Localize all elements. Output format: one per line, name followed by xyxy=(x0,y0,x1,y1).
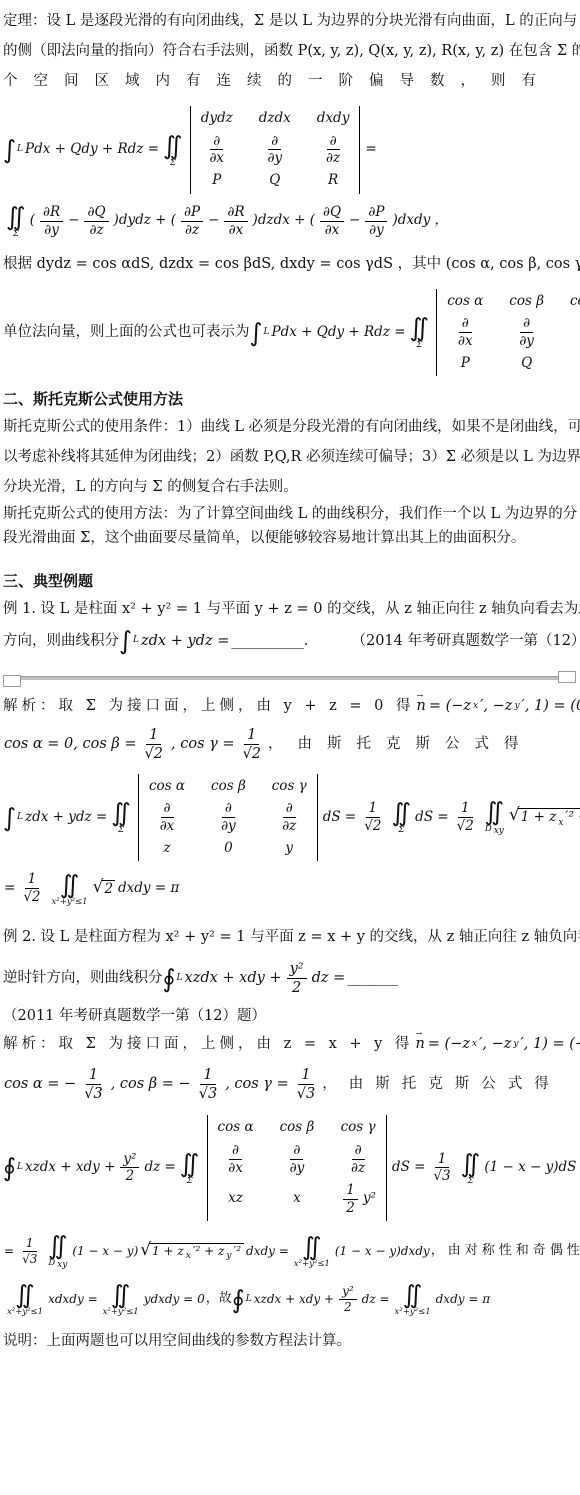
exam-source: （2014 年考研真题数学一第（12）题） xyxy=(351,632,580,651)
math-run: − xyxy=(349,212,360,230)
fraction-numerator: ∂ xyxy=(327,133,340,151)
math-run: , cos γ = xyxy=(171,735,235,754)
subscript: y xyxy=(226,1251,231,1261)
integral-limit: L xyxy=(17,1163,23,1172)
fraction: 1√2 xyxy=(239,726,265,763)
fraction-numerator: ∂Q xyxy=(84,204,108,222)
math-run: = (−z xyxy=(429,697,471,716)
page-break-right-tab xyxy=(558,671,576,683)
math-run: dz = xyxy=(144,1159,175,1177)
partial-derivative: ∂P∂y xyxy=(364,204,388,239)
fraction-numerator: ∂P xyxy=(181,204,203,222)
math-run: zdx + ydz = xyxy=(141,632,229,651)
determinant-cell: Q xyxy=(269,172,280,190)
fraction: 1√3 xyxy=(429,1151,454,1186)
double-integral: ∬ Dxy xyxy=(484,799,505,837)
fraction-numerator: ∂ xyxy=(290,1142,303,1160)
determinant-cell: P xyxy=(212,172,221,190)
usage-line-4: 斯托克斯公式的使用方法：为了计算空间曲线 L 的曲线积分，我们作一个以 L 为边… xyxy=(3,502,576,526)
math-run: ′² + z xyxy=(565,809,580,825)
fraction: y²2 xyxy=(119,1151,140,1186)
math-run: dz = xyxy=(362,1292,390,1308)
double-integral-symbol: ∬ xyxy=(461,1151,481,1176)
determinant-cell: cos γ xyxy=(570,293,580,311)
fraction-denominator: ∂z xyxy=(86,222,106,239)
partial-derivative: ∂∂x xyxy=(156,800,179,835)
math-run: , cos β = − xyxy=(111,1075,191,1094)
math-run: dxdy = π xyxy=(436,1292,490,1308)
double-integral-symbol: ∬ xyxy=(163,133,183,158)
integral-limit: L xyxy=(133,636,139,645)
fraction-denominator: ∂x xyxy=(206,150,227,167)
text-run: ，由对称性和奇偶性得 xyxy=(431,1243,580,1260)
fraction-denominator: √2 xyxy=(142,745,166,763)
determinant: cos α cos β cos γ ∂∂x ∂∂y ∂∂z P Q R xyxy=(436,289,580,377)
math-run: ′, 1) = (−1, −1, 1) ， xyxy=(520,1035,580,1054)
integral-symbol: ∫ xyxy=(119,628,132,653)
fraction-denominator: √3 xyxy=(81,1085,105,1103)
fraction-denominator: 2 xyxy=(123,1168,138,1185)
math-run: (1 − x − y) xyxy=(72,1244,138,1260)
determinant-cell: dxdy xyxy=(317,110,350,128)
example-2-statement-line-1: 例 2. 设 L 是柱面方程为 x² + y² = 1 与平面 z = x + … xyxy=(3,922,576,952)
fraction-numerator: ∂R xyxy=(40,204,63,222)
text-run: 解析：取 Σ 为接口面，上侧，由 y + z = 0 得 xyxy=(3,697,414,716)
fraction-denominator: ∂z xyxy=(279,818,299,835)
math-run: ′, −z xyxy=(479,1035,511,1054)
fraction-numerator: ∂ xyxy=(222,800,235,818)
fraction-denominator: ∂z xyxy=(348,1160,368,1177)
double-integral: ∬ Σ xyxy=(6,204,26,239)
double-integral-symbol: ∬ xyxy=(403,1282,423,1307)
answer-blank: _______ xyxy=(347,969,398,988)
curl-expansion-formula: ∬ Σ ( ∂R∂y − ∂Q∂z )dydz + ( ∂P∂z − ∂R∂x … xyxy=(3,204,576,239)
fraction-numerator: ∂ xyxy=(459,315,472,333)
radical-content: 1 + zx′² + zy′² xyxy=(149,1243,244,1261)
page-break-line xyxy=(3,676,576,680)
partial-derivative: ∂Q∂x xyxy=(319,204,345,239)
double-integral: ∬ x²+y²≤1 xyxy=(293,1234,331,1269)
example-1-cosine-line: cos α = 0, cos β = 1√2 , cos γ = 1√2 ，由斯… xyxy=(3,726,576,763)
determinant-cell: xz xyxy=(228,1190,243,1208)
fraction-numerator: 1 xyxy=(343,1182,358,1200)
determinant-cell: x xyxy=(293,1190,301,1208)
integral-limit: L xyxy=(17,813,23,822)
math-run: 1 + z xyxy=(152,1244,184,1258)
partial-derivative: ∂∂y xyxy=(217,800,240,835)
fraction-denominator: ∂x xyxy=(226,222,247,239)
double-integral-limit: Dxy xyxy=(484,825,505,837)
math-run: dS = xyxy=(415,809,449,827)
integral-symbol: ∫ xyxy=(3,137,16,162)
closing-note: 说明：上面两题也可以用空间曲线的参数方程法计算。 xyxy=(3,1329,576,1353)
math-run: − xyxy=(68,212,79,230)
usage-paragraph: 斯托克斯公式的使用条件：1）曲线 L 必须是分段光滑的有向闭曲线，如果不是闭曲线… xyxy=(3,412,576,550)
fraction-numerator: 1 xyxy=(86,1066,101,1085)
radical: √ 1 + zx′² + zy′² xyxy=(140,1242,244,1261)
fraction-numerator: y² xyxy=(339,1284,357,1300)
math-run: cos α = 0, cos β = xyxy=(4,735,137,754)
text-run: 解析：取 Σ 为接口面，上侧，由 z = x + y 得 xyxy=(3,1035,413,1054)
fraction-denominator: √3 xyxy=(19,1252,40,1267)
integral-symbol: ∫ xyxy=(3,805,16,830)
fraction-numerator: ∂ xyxy=(268,133,281,151)
determinant-cell: cos γ xyxy=(341,1119,376,1137)
example-2-statement-line-2: 逆时针方向，则曲线积分 ∮L xzdx + xdy + y²2 dz = ___… xyxy=(3,960,576,997)
example-2-cosine-line: cos α = − 1√3 , cos β = − 1√3 , cos γ = … xyxy=(3,1066,576,1103)
math-run: xzdx + xdy + xyxy=(185,969,282,988)
example-2-continuation-line-2: ∬ x²+y²≤1 xdxdy = ∬ x²+y²≤1 ydxdy = 0 ，故… xyxy=(3,1282,576,1317)
determinant-cell: dzdx xyxy=(259,110,291,128)
math-run: = xyxy=(365,141,376,159)
fraction-numerator: 1 xyxy=(366,800,381,818)
math-run: )dydz + ( xyxy=(114,212,176,230)
usage-line-2: 以考虑补线将其延伸为闭曲线；2）函数 P,Q,R 必须连续可偏导；3）Σ 必须是… xyxy=(3,442,576,472)
fraction-denominator: ∂y xyxy=(287,1160,308,1177)
page-break xyxy=(3,667,576,691)
fraction: y²2 xyxy=(286,960,308,997)
subscript: x xyxy=(473,702,478,711)
determinant-cell: P xyxy=(461,355,470,373)
partial-derivative: ∂R∂x xyxy=(223,204,248,239)
partial-derivative: ∂∂z xyxy=(347,1142,369,1177)
fraction-denominator: √3 xyxy=(294,1085,318,1103)
integral-limit: L xyxy=(246,1295,252,1304)
fraction-denominator: √2 xyxy=(361,818,384,835)
fraction: 1√3 xyxy=(18,1236,41,1267)
partial-derivative: ∂∂z xyxy=(576,315,580,350)
fraction-denominator: ∂x xyxy=(225,1160,246,1177)
determinant-cell: dydz xyxy=(201,110,233,128)
fraction: 1√3 xyxy=(293,1066,319,1103)
math-run: Pdx + Qdy + Rdz = xyxy=(272,324,406,342)
example-1-statement-line-1: 例 1. 设 L 是柱面 x² + y² = 1 与平面 y + z = 0 的… xyxy=(3,594,576,624)
direction-cosine-line: 根据 dydz = cos αdS, dzdx = cos βdS, dxdy … xyxy=(3,249,576,279)
math-run: dxdy = π xyxy=(118,880,179,898)
fraction-denominator: ∂z xyxy=(182,222,202,239)
fraction: 1√2 xyxy=(360,800,385,835)
double-integral-limit: x²+y²≤1 xyxy=(103,1308,139,1317)
partial-derivative: ∂P∂z xyxy=(180,204,204,239)
double-integral-symbol: ∬ xyxy=(111,800,131,825)
double-integral-limit: Σ xyxy=(398,826,404,835)
fraction-numerator: 1 xyxy=(25,871,40,889)
integral-limit: L xyxy=(264,328,270,337)
subscript: x xyxy=(186,1251,191,1261)
double-integral-limit: x²+y²≤1 xyxy=(395,1308,431,1317)
double-integral-limit: Dxy xyxy=(47,1259,68,1271)
determinant-cell: cos β xyxy=(280,1119,315,1137)
math-run: , cos γ = xyxy=(225,1075,289,1094)
double-integral: ∬ Σ xyxy=(180,1151,200,1186)
fraction-denominator: ∂y xyxy=(366,222,387,239)
math-run: dxdy = xyxy=(246,1244,289,1260)
double-integral-limit: Σ xyxy=(467,1177,473,1186)
math-run: xzdx + xdy + xyxy=(25,1159,115,1177)
determinant: cos α cos β cos γ ∂∂x ∂∂y ∂∂z xz x 12y² xyxy=(207,1115,387,1220)
example-2-continuation-line-1: = 1√3 ∬ Dxy (1 − x − y) √ 1 + zx′² + zy′… xyxy=(3,1233,576,1271)
fraction-numerator: 1 xyxy=(298,1066,313,1085)
partial-derivative: ∂∂x xyxy=(205,133,228,168)
integral-limit: L xyxy=(177,974,183,983)
usage-line-1: 斯托克斯公式的使用条件：1）曲线 L 必须是分段光滑的有向闭曲线，如果不是闭曲线… xyxy=(3,412,576,442)
radical: √ 1 + zx′² + zy′² xyxy=(509,807,580,828)
double-integral-symbol: ∬ xyxy=(410,315,430,340)
determinant-cell: 12y² xyxy=(339,1182,377,1217)
double-integral-symbol: ∬ xyxy=(48,1233,68,1258)
fraction-numerator: ∂R xyxy=(224,204,247,222)
partial-derivative: ∂∂y xyxy=(515,315,538,350)
math-run: = (−z xyxy=(428,1035,470,1054)
fraction-denominator: ∂y xyxy=(516,333,537,350)
subscript: x xyxy=(558,818,563,828)
fraction-numerator: ∂ xyxy=(520,315,533,333)
math-run: xzdx + xdy + xyxy=(254,1292,334,1308)
fraction-denominator: ∂y xyxy=(218,818,239,835)
stokes-cosine-formula: 单位法向量，则上面的公式也可表示为 ∫L Pdx + Qdy + Rdz = ∬… xyxy=(3,289,576,377)
double-integral-limit: Σ xyxy=(118,826,124,835)
double-integral: ∬ Σ xyxy=(461,1151,481,1186)
example-1-result-line: = 1√2 ∬ x²+y²≤1 √ 2 dxdy = π xyxy=(3,871,576,906)
determinant-cell: R xyxy=(328,172,338,190)
double-integral: ∬ x²+y²≤1 xyxy=(51,872,89,907)
fraction: 1√3 xyxy=(80,1066,106,1103)
partial-derivative: ∂∂x xyxy=(454,315,477,350)
fraction-denominator: ∂z xyxy=(323,150,343,167)
normal-vector: n xyxy=(415,1035,424,1054)
answer-blank: __________. xyxy=(231,632,308,651)
theorem-line-3: 个空间区域内有连续的一阶偏导数，则有 xyxy=(3,66,576,96)
contour-integral-symbol: ∮ xyxy=(3,1155,16,1180)
contour-integral-symbol: ∮ xyxy=(232,1287,245,1312)
double-integral-symbol: ∬ xyxy=(15,1282,35,1307)
fraction: 1√3 xyxy=(195,1066,221,1103)
fraction: 1√2 xyxy=(453,800,478,835)
normal-vector: n xyxy=(416,697,425,716)
fraction-numerator: ∂ xyxy=(210,133,223,151)
example-1-stokes-evaluation: ∫L zdx + ydz = ∬ Σ cos α cos β cos γ ∂∂x… xyxy=(3,774,576,862)
math-run: ( xyxy=(30,212,35,230)
domain-subscript: xy xyxy=(494,826,504,836)
fraction-numerator: ∂P xyxy=(365,204,387,222)
math-run: dS = xyxy=(392,1159,426,1177)
math-run: dS = xyxy=(323,809,357,827)
text-run: 逆时针方向，则曲线积分 xyxy=(3,969,163,988)
determinant-cell: Q xyxy=(521,355,532,373)
text-run: ，由斯托克斯公式得 xyxy=(322,1075,561,1094)
partial-derivative: ∂∂z xyxy=(278,800,300,835)
determinant-cell: y xyxy=(285,840,293,858)
determinant: cos α cos β cos γ ∂∂x ∂∂y ∂∂z z 0 y xyxy=(138,774,318,862)
theorem-line-2: 的侧（即法向量的指向）符合右手法则，函数 P(x, y, z), Q(x, y,… xyxy=(3,36,576,66)
fraction-numerator: ∂Q xyxy=(320,204,344,222)
radical-content: 2 xyxy=(102,880,115,899)
fraction-denominator: 2 xyxy=(341,1300,355,1315)
fraction-denominator: ∂y xyxy=(41,222,62,239)
math-run: ′² + z xyxy=(193,1244,225,1258)
fraction-numerator: 1 xyxy=(435,1151,450,1169)
fraction-numerator: ∂ xyxy=(352,1142,365,1160)
fraction-denominator: √3 xyxy=(196,1085,220,1103)
stokes-determinant-formula: ∫L Pdx + Qdy + Rdz = ∬ Σ dydz dzdx dxdy … xyxy=(3,106,576,194)
double-integral-symbol: ∬ xyxy=(6,204,26,229)
fraction-numerator: 1 xyxy=(146,726,161,745)
determinant-cell: z xyxy=(163,840,170,858)
fraction-denominator: √2 xyxy=(454,818,477,835)
double-integral: ∬ Dxy xyxy=(47,1233,68,1271)
determinant-cell: cos β xyxy=(211,778,246,796)
partial-derivative: ∂∂z xyxy=(322,133,344,168)
fraction: 12 xyxy=(342,1182,359,1217)
double-integral: ∬ Σ xyxy=(410,315,430,350)
partial-derivative: ∂R∂y xyxy=(39,204,64,239)
math-run: dz = xyxy=(312,969,346,988)
double-integral: ∬ x²+y²≤1 xyxy=(102,1282,140,1317)
partial-derivative: ∂∂y xyxy=(263,133,286,168)
math-run: ′, 1) = (0, 1, 1) ， xyxy=(522,697,580,716)
double-integral-symbol: ∬ xyxy=(180,1151,200,1176)
math-run: cos α = − xyxy=(4,1075,76,1094)
math-run: zdx + ydz = xyxy=(25,809,107,827)
math-run: = xyxy=(4,1244,14,1260)
contour-integral-symbol: ∮ xyxy=(163,966,176,991)
example-1-statement-line-2: 方向，则曲线积分 ∫L zdx + ydz = __________. （201… xyxy=(3,628,576,653)
math-run: (1 − x − y)dS = xyxy=(484,1159,580,1177)
fraction-denominator: √2 xyxy=(240,745,264,763)
math-run: ′, −z xyxy=(480,697,512,716)
double-integral-limit: Σ xyxy=(13,230,19,239)
fraction: 1√2 xyxy=(19,871,44,906)
double-integral-symbol: ∬ xyxy=(485,799,505,824)
math-run: ydxdy = 0 xyxy=(144,1292,205,1308)
partial-derivative: ∂∂y xyxy=(286,1142,309,1177)
example-1-analysis-line: 解析：取 Σ 为接口面，上侧，由 y + z = 0 得 n = (−zx ′,… xyxy=(3,697,576,716)
determinant-cell: cos α xyxy=(218,1119,254,1137)
math-run: y² xyxy=(363,1190,376,1208)
double-integral-symbol: ∬ xyxy=(111,1282,131,1307)
example-2-stokes-evaluation: ∮L xzdx + xdy + y²2 dz = ∬ Σ cos α cos β… xyxy=(3,1115,576,1220)
radical: √ 2 xyxy=(93,879,116,899)
integral-limit: L xyxy=(17,145,23,154)
double-integral-symbol: ∬ xyxy=(391,800,411,825)
math-run: xdxdy = xyxy=(48,1292,98,1308)
domain-symbol: D xyxy=(48,1258,55,1268)
fraction-numerator: y² xyxy=(287,960,307,979)
fraction: y²2 xyxy=(338,1284,358,1315)
double-integral-symbol: ∬ xyxy=(302,1234,322,1259)
fraction-numerator: 1 xyxy=(200,1066,215,1085)
double-integral-limit: x²+y²≤1 xyxy=(7,1308,43,1317)
fraction-numerator: 1 xyxy=(244,726,259,745)
partial-derivative: ∂Q∂z xyxy=(83,204,109,239)
double-integral-limit: x²+y²≤1 xyxy=(52,898,88,907)
usage-line-3: 分块光滑，L 的方向与 Σ 的侧复合右手法则。 xyxy=(3,472,576,502)
fraction-denominator: 2 xyxy=(289,979,304,997)
example-2-exam-source: （2011 年考研真题数学一第（12）题） xyxy=(3,1001,576,1031)
fraction-numerator: ∂ xyxy=(229,1142,242,1160)
double-integral: ∬ x²+y²≤1 xyxy=(394,1282,432,1317)
subscript: y xyxy=(513,1040,518,1049)
fraction: 1√2 xyxy=(141,726,167,763)
determinant-cell: 0 xyxy=(224,840,233,858)
double-integral: ∬ Σ xyxy=(111,800,131,835)
fraction-numerator: 1 xyxy=(23,1236,37,1252)
math-run: )dzdx + ( xyxy=(253,212,315,230)
fraction-denominator: ∂y xyxy=(264,150,285,167)
math-run: )dxdy ， xyxy=(392,212,448,230)
text-run: ，由斯托克斯公式得 xyxy=(268,735,534,754)
fraction-numerator: y² xyxy=(120,1151,139,1169)
text-run: 单位法向量，则上面的公式也可表示为 xyxy=(3,323,250,342)
determinant-cell: cos γ xyxy=(272,778,307,796)
math-run: = xyxy=(4,880,15,898)
page-break-left-tab xyxy=(3,675,21,687)
theorem-line-1: 定理：设 L 是逐段光滑的有向闭曲线，Σ 是以 L 为边界的分块光滑有向曲面，L… xyxy=(3,6,576,36)
domain-subscript: xy xyxy=(57,1260,67,1270)
theorem-paragraph: 定理：设 L 是逐段光滑的有向闭曲线，Σ 是以 L 为边界的分块光滑有向曲面，L… xyxy=(3,6,576,96)
double-integral-symbol: ∬ xyxy=(60,872,80,897)
double-integral-limit: Σ xyxy=(170,159,176,168)
fraction-denominator: ∂x xyxy=(157,818,178,835)
fraction-numerator: ∂ xyxy=(283,800,296,818)
fraction-denominator: ∂x xyxy=(455,333,476,350)
math-run: ′² xyxy=(233,1244,241,1258)
integral-symbol: ∫ xyxy=(250,320,263,345)
fraction-denominator: 2 xyxy=(343,1200,358,1217)
fraction-denominator: √2 xyxy=(20,889,43,906)
text-run: ，故 xyxy=(206,1291,232,1308)
double-integral-limit: Σ xyxy=(187,1177,193,1186)
determinant-cell: cos α xyxy=(447,293,483,311)
determinant-cell: cos β xyxy=(509,293,544,311)
double-integral-limit: x²+y²≤1 xyxy=(294,1260,330,1269)
section-2-heading: 二、斯托克斯公式使用方法 xyxy=(3,386,576,412)
math-run: (1 − x − y)dxdy xyxy=(335,1244,430,1260)
double-integral-limit: Σ xyxy=(416,341,422,350)
radical-content: 1 + zx′² + zy′² xyxy=(518,808,580,828)
fraction-numerator: ∂ xyxy=(161,800,174,818)
domain-symbol: D xyxy=(485,824,492,834)
subscript: x xyxy=(472,1040,477,1049)
fraction-denominator: ∂x xyxy=(322,222,343,239)
fraction-denominator: √3 xyxy=(430,1168,453,1185)
subscript: y xyxy=(514,702,519,711)
partial-derivative: ∂∂x xyxy=(224,1142,247,1177)
fraction-numerator: 1 xyxy=(458,800,473,818)
double-integral: ∬ x²+y²≤1 xyxy=(6,1282,44,1317)
example-2-analysis-line: 解析：取 Σ 为接口面，上侧，由 z = x + y 得 n = (−zx ′,… xyxy=(3,1035,576,1054)
math-run: 1 + z xyxy=(521,809,557,825)
section-3-heading: 三、典型例题 xyxy=(3,568,576,594)
determinant: dydz dzdx dxdy ∂∂x ∂∂y ∂∂z P Q R xyxy=(190,106,361,194)
math-run: Pdx + Qdy + Rdz = xyxy=(25,141,159,159)
double-integral: ∬ Σ xyxy=(391,800,411,835)
double-integral: ∬ Σ xyxy=(163,133,183,168)
math-run: − xyxy=(208,212,219,230)
usage-line-5: 段光滑曲面 Σ，这个曲面要尽量简单，以便能够较容易地计算出其上的曲面积分。 xyxy=(3,526,576,550)
determinant-cell: cos α xyxy=(149,778,185,796)
text-run: 方向，则曲线积分 xyxy=(3,632,119,651)
